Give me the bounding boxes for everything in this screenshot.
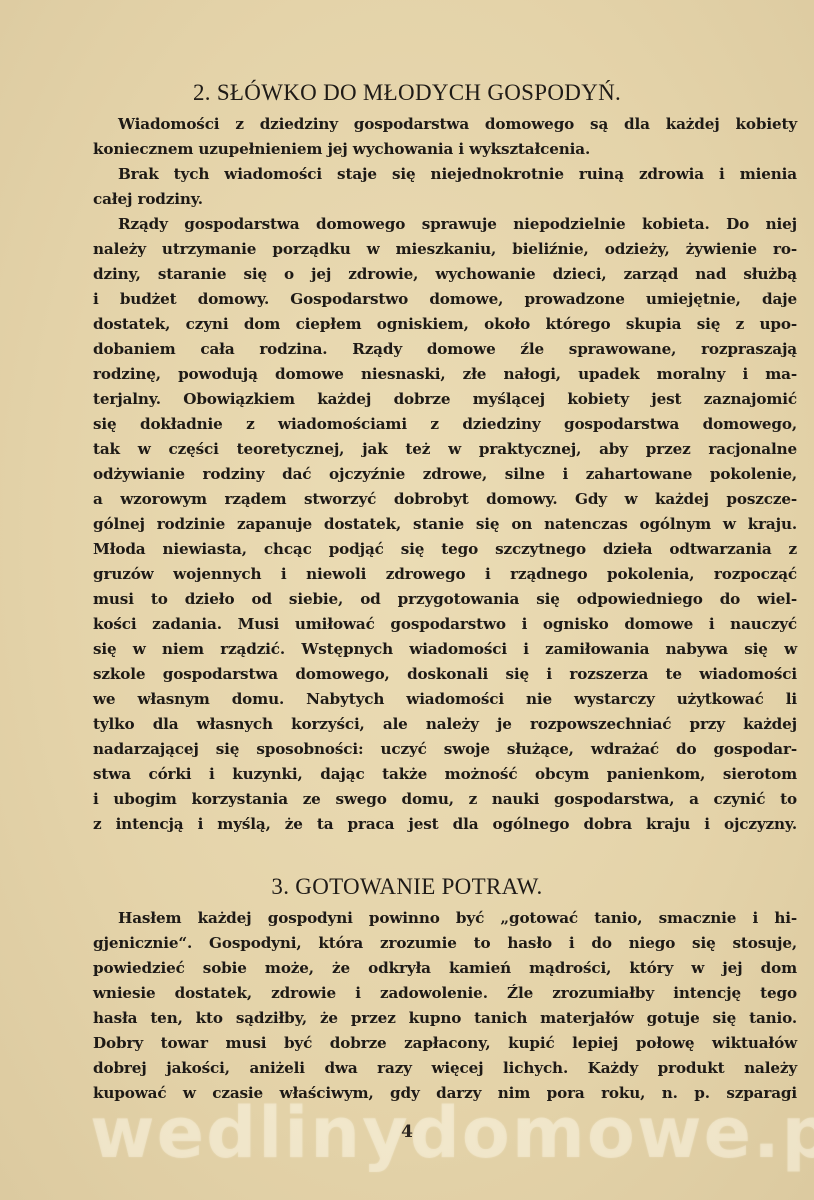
text-line: tak w części teoretycznej, jak też w pra… bbox=[93, 437, 797, 461]
text-line: całej rodziny. bbox=[93, 187, 797, 211]
text-line: gjenicznie“. Gospodyni, która zrozumie t… bbox=[93, 931, 797, 955]
text-line: szkole gospodarstwa domowego, doskonali … bbox=[93, 662, 797, 686]
text-line: hasła ten, kto sądziłby, że przez kupno … bbox=[93, 1006, 797, 1030]
section-2-heading: 2. SŁÓWKO DO MŁODYCH GOSPODYŃ. bbox=[0, 80, 814, 106]
text-line: rodzinę, powodują domowe niesnaski, złe … bbox=[93, 362, 797, 386]
text-line: dziny, staranie się o jej zdrowie, wycho… bbox=[93, 262, 797, 286]
text-line: Rządy gospodarstwa domowego sprawuje nie… bbox=[118, 212, 797, 236]
text-line: Dobry towar musi być dobrze zapłacony, k… bbox=[93, 1031, 797, 1055]
text-line: Wiadomości z dziedziny gospodarstwa domo… bbox=[118, 112, 797, 136]
text-line: z intencją i myślą, że ta praca jest dla… bbox=[93, 812, 797, 836]
text-line: a wzorowym rządem stworzyć dobrobyt domo… bbox=[93, 487, 797, 511]
text-line: we własnym domu. Nabytych wiadomości nie… bbox=[93, 687, 797, 711]
text-line: powiedzieć sobie może, że odkryła kamień… bbox=[93, 956, 797, 980]
text-line: koniecznem uzupełnieniem jej wychowania … bbox=[93, 137, 797, 161]
text-line: Hasłem każdej gospodyni powinno być „got… bbox=[118, 906, 797, 930]
text-line: Brak tych wiadomości staje się niejednok… bbox=[118, 162, 797, 186]
text-line: wniesie dostatek, zdrowie i zadowolenie.… bbox=[93, 981, 797, 1005]
text-line: kupować w czasie właściwym, gdy darzy ni… bbox=[93, 1081, 797, 1105]
text-line: dobrej jakości, aniżeli dwa razy więcej … bbox=[93, 1056, 797, 1080]
text-line: stwa córki i kuzynki, dając także możnoś… bbox=[93, 762, 797, 786]
text-line: dostatek, czyni dom ciepłem ogniskiem, o… bbox=[93, 312, 797, 336]
text-line: tylko dla własnych korzyści, ale należy … bbox=[93, 712, 797, 736]
section-3-heading: 3. GOTOWANIE POTRAW. bbox=[0, 874, 814, 900]
text-line: musi to dzieło od siebie, od przygotowan… bbox=[93, 587, 797, 611]
text-line: się dokładnie z wiadomościami z dziedzin… bbox=[93, 412, 797, 436]
book-page: 2. SŁÓWKO DO MŁODYCH GOSPODYŃ. Wiadomośc… bbox=[0, 0, 814, 1200]
text-line: Młoda niewiasta, chcąc podjąć się tego s… bbox=[93, 537, 797, 561]
text-line: dobaniem cała rodzina. Rządy domowe źle … bbox=[93, 337, 797, 361]
text-line: należy utrzymanie porządku w mieszkaniu,… bbox=[93, 237, 797, 261]
text-line: gólnej rodzinie zapanuje dostatek, stani… bbox=[93, 512, 797, 536]
text-line: kości zadania. Musi umiłować gospodarstw… bbox=[93, 612, 797, 636]
text-line: i budżet domowy. Gospodarstwo domowe, pr… bbox=[93, 287, 797, 311]
text-line: nadarzającej się sposobności: uczyć swoj… bbox=[93, 737, 797, 761]
text-line: gruzów wojennych i niewoli zdrowego i rz… bbox=[93, 562, 797, 586]
text-line: odżywianie rodziny dać ojczyźnie zdrowe,… bbox=[93, 462, 797, 486]
text-line: terjalny. Obowiązkiem każdej dobrze myśl… bbox=[93, 387, 797, 411]
text-line: się w niem rządzić. Wstępnych wiadomości… bbox=[93, 637, 797, 661]
text-line: i ubogim korzystania ze swego domu, z na… bbox=[93, 787, 797, 811]
page-number: 4 bbox=[0, 1122, 814, 1142]
